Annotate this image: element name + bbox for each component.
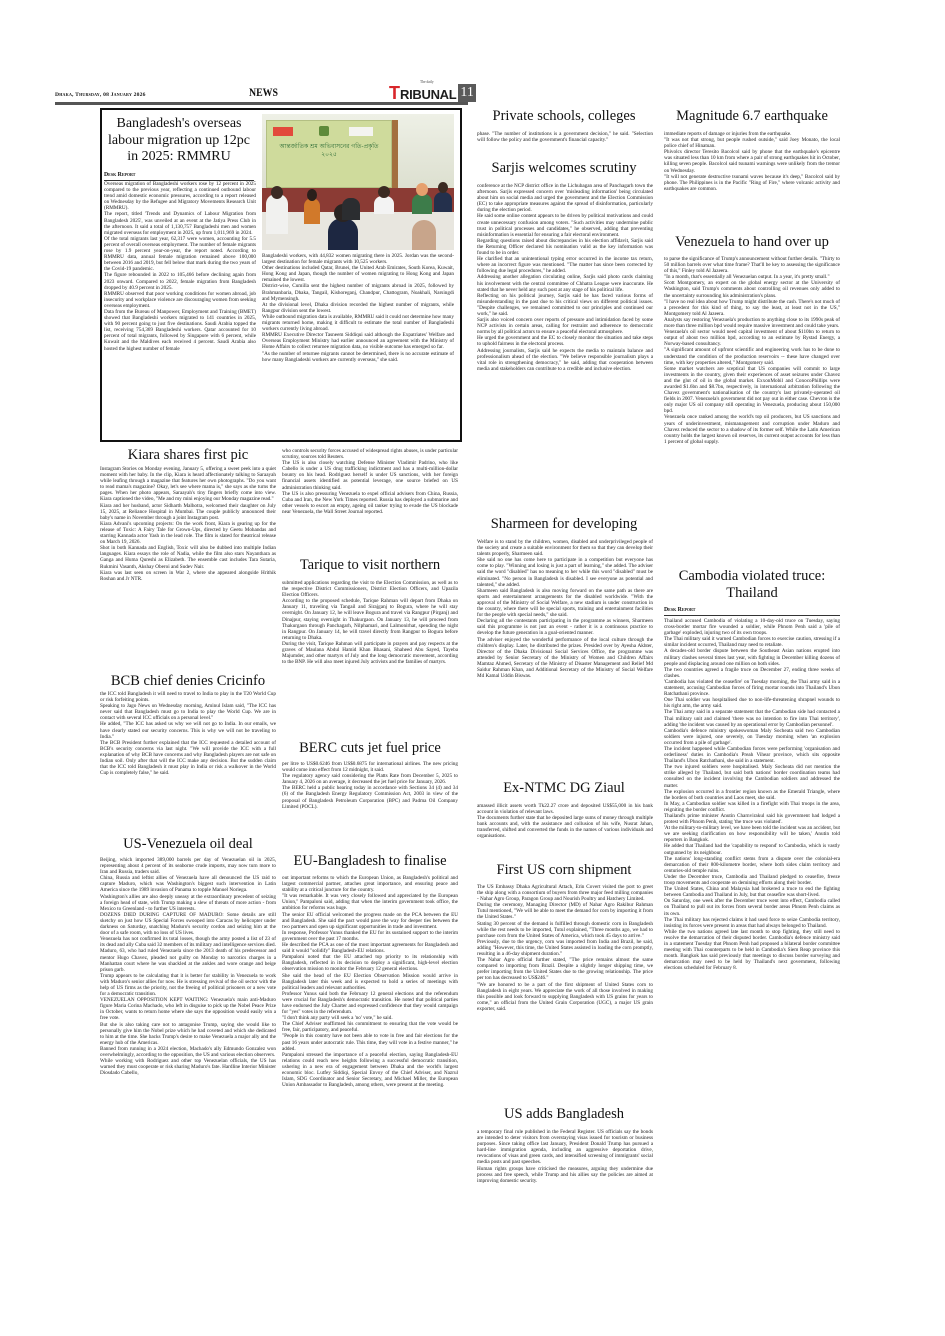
headline: BERC cuts jet fuel price — [282, 740, 458, 756]
masthead-rule — [55, 102, 468, 105]
headline: Venezuela to hand over up — [664, 234, 840, 250]
headline: EU-Bangladesh to finalise — [282, 853, 458, 869]
dateline: Dhaka, Thursday, 08 January 2026 — [55, 92, 146, 98]
masthead: Dhaka, Thursday, 08 January 2026 NEWS Th… — [55, 78, 467, 104]
lead-photo: আন্তর্জাতিক শ্রম অভিবাসনের গতি-প্রকৃতি ২… — [262, 114, 454, 250]
headline: Sharmeen for developing — [476, 516, 652, 532]
newspaper-page: Dhaka, Thursday, 08 January 2026 NEWS Th… — [0, 0, 945, 1336]
byline: Desk Report — [664, 607, 840, 616]
headline: US-Venezuela oil deal — [100, 836, 276, 852]
person — [266, 194, 288, 234]
page-number: 11 — [458, 84, 475, 102]
lead-headline: Bangladesh's overseas labour migration u… — [104, 116, 254, 166]
lead-body-col2: Bangladeshi workers, with 44,832 women m… — [262, 253, 454, 363]
headline: US adds Bangladesh — [476, 1106, 652, 1122]
event-banner: আন্তর্জাতিক শ্রম অভিবাসনের গতি-প্রকৃতি ২… — [266, 120, 392, 188]
section-label: NEWS — [249, 85, 278, 100]
brand-initial: T — [389, 84, 400, 102]
lead-byline: Desk Report — [104, 172, 254, 181]
brand-tagline: The daily — [420, 80, 434, 84]
headline: Kiara shares first pic — [100, 447, 276, 463]
headline: Private schools, colleges — [476, 108, 652, 124]
brand-name: RIBUNAL — [400, 87, 456, 102]
headline: Sarjis welcomes scrutiny — [476, 160, 652, 176]
headline: Cambodia violated truce: Thailand — [664, 568, 840, 602]
lead-body-col1: Overseas migration of Bangladeshi worker… — [104, 181, 256, 352]
brand-logo: The daily T RIBUNAL 11 — [389, 82, 476, 102]
headline: Magnitude 6.7 earthquake — [664, 108, 840, 124]
headline: Ex-NTMC DG Ziaul — [476, 780, 652, 796]
headline: Tarique to visit northern — [282, 557, 458, 573]
headline: BCB chief denies Cricinfo — [100, 673, 276, 689]
headline: First US corn shipment — [476, 862, 652, 878]
